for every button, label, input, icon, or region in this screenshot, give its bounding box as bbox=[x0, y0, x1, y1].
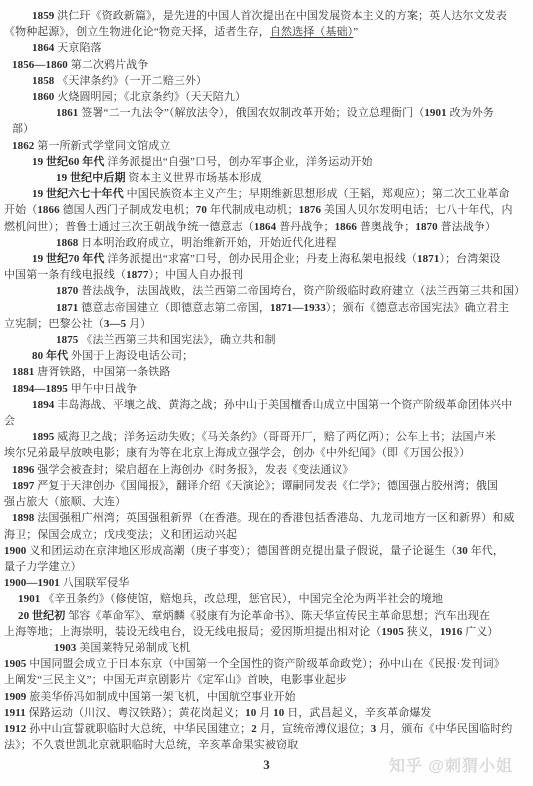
timeline-line: 1911 保路运动（川汉、粤汉铁路）；黄花岗起义；10 月 10 日，武昌起义，… bbox=[2, 705, 533, 721]
timeline-line: 1894 丰岛海战、平壤之战、黄海之战；孙中山于美国檀香山成立中国第一个资产阶级… bbox=[2, 397, 533, 413]
timeline-line: 法》；不久袁世凯北京就职临时大总统，辛亥革命果实被窃取 bbox=[2, 737, 533, 753]
timeline-line: 19 世纪中后期 资本主义世界市场基本形成 bbox=[2, 170, 533, 186]
watermark: 知乎 @刺猬小姐 bbox=[389, 753, 513, 776]
timeline-line: 1856—1860 第二次鸦片战争 bbox=[2, 57, 533, 73]
timeline-line: 1861 签署“二一九法令”（解放法令），俄国农奴制改革开始；设立总理衙门（19… bbox=[2, 105, 533, 121]
timeline-line: 1909 旅美华侨冯如制成中国第一架飞机，中国航空事业开始 bbox=[2, 689, 533, 705]
timeline-line: 1896 强学会被查封；梁启超在上海创办《时务报》，发表《变法通议》 bbox=[2, 462, 533, 478]
timeline-line: 1868 日本明治政府成立，明治维新开始，开始近代化进程 bbox=[2, 235, 533, 251]
timeline-line: 1859 洪仁玕《资政新篇》，是先进的中国人首次提出在中国发展资本主义的方案；英… bbox=[2, 8, 533, 24]
timeline-line: 19 世纪70 年代 洋务派提出“求富”口号，创办民用企业；丹麦上海私架电报线（… bbox=[2, 251, 533, 267]
timeline-line: 20 世纪初 邹容《革命军》、章炳麟《驳康有为论革命书》、陈天华宣传民主革命思想… bbox=[2, 608, 533, 624]
timeline-line: 部） bbox=[2, 121, 533, 137]
timeline-line: 80 年代 外国于上海设电话公司； bbox=[2, 348, 533, 364]
timeline-line: 19 世纪六七十年代 中国民族资本主义产生；早期维新思想形成（王韬，郑观应）；第… bbox=[2, 186, 533, 202]
timeline-line: 量子力学建立） bbox=[2, 559, 533, 575]
timeline-line: 《物种起源》，创立生物进化论“物竞天择，适者生存，自然选择（基础）” bbox=[2, 24, 533, 40]
document-page: 1859 洪仁玕《资政新篇》，是先进的中国人首次提出在中国发展资本主义的方案；英… bbox=[0, 0, 533, 786]
timeline-line: 上阐发“三民主义”；中国无声京剧影片《定军山》首映，电影事业起步 bbox=[2, 672, 533, 688]
timeline-line: 1897 严复于天津创办《国闻报》，翻译介绍《天演论》；谭嗣同发表《仁学》；德国… bbox=[2, 478, 533, 494]
timeline-line: 1875 《法兰西第三共和国宪法》，确立共和制 bbox=[2, 332, 533, 348]
timeline-line: 1900 义和团运动在京津地区形成高潮（庚子事变）；德国普朗克提出量子假说，量子… bbox=[2, 543, 533, 559]
timeline-line: 1860 火烧圆明园；《北京条约》（天天陪九） bbox=[2, 89, 533, 105]
timeline-line: 1901 《辛丑条约》（修使馆，赔炮兵，改总理，惩官民），中国完全沦为两半社会的… bbox=[2, 591, 533, 607]
timeline-line: 燃机问世）；普鲁士通过三次王朝战争统一德意志（1864 普丹战争；1866 普奥… bbox=[2, 219, 533, 235]
timeline-line: 1881 唐胥铁路，中国第一条铁路 bbox=[2, 364, 533, 380]
timeline-line: 1894—1895 甲午中日战争 bbox=[2, 381, 533, 397]
timeline-line: 1912 孙中山宣誓就职临时大总统，中华民国建立；2 月，宣统帝溥仪退位；3 月… bbox=[2, 721, 533, 737]
timeline-line: 1898 法国强租广州湾；英国强租新界（在香港。现在的香港包括香港岛、九龙司地方… bbox=[2, 510, 533, 526]
timeline-line: 会 bbox=[2, 413, 533, 429]
timeline-line: 19 世纪60 年代 洋务派提出“自强”口号，创办军事企业，洋务运动开始 bbox=[2, 154, 533, 170]
timeline-line: 1862 第一所新式学堂同文馆成立 bbox=[2, 138, 533, 154]
timeline-line: 1864 天京陷落 bbox=[2, 40, 533, 56]
document-body: 1859 洪仁玕《资政新篇》，是先进的中国人首次提出在中国发展资本主义的方案；英… bbox=[2, 8, 533, 753]
timeline-line: 上海等地；上海崇明，装设无线电台，设无线电报局；爱因斯坦提出相对论（1905 狭… bbox=[2, 624, 533, 640]
timeline-line: 开始（1866 德国人西门子制成发电机；70 年代制成电动机；1876 美国人贝… bbox=[2, 202, 533, 218]
timeline-line: 中国第一条有线电报线（1877）；中国人自办报刊 bbox=[2, 267, 533, 283]
timeline-line: 1858 《天津条约》（一开二赔三外） bbox=[2, 73, 533, 89]
timeline-line: 1870 普法战争，法国战败，法兰西第二帝国垮台，资产阶级临时政府建立（法兰西第… bbox=[2, 283, 533, 299]
timeline-line: 立宪制；巴黎公社（3—5 月） bbox=[2, 316, 533, 332]
timeline-line: 1903 美国莱特兄弟制成飞机 bbox=[2, 640, 533, 656]
timeline-line: 1900—1901 八国联军侵华 bbox=[2, 575, 533, 591]
timeline-line: 1905 中国同盟会成立于日本东京（中国第一个全国性的资产阶级革命政党）；孙中山… bbox=[2, 656, 533, 672]
timeline-line: 埃尔兄弟最早放映电影；康有为等在北京上海成立强学会，创办《中外纪闻》（即《万国公… bbox=[2, 445, 533, 461]
timeline-line: 1871 德意志帝国建立（即德意志第二帝国，1871—1933）；颁布《德意志帝… bbox=[2, 300, 533, 316]
timeline-line: 强占旅大（旅顺、大连） bbox=[2, 494, 533, 510]
timeline-line: 海卫；保国会成立；戊戌变法；义和团运动兴起 bbox=[2, 527, 533, 543]
timeline-line: 1895 威海卫之战；洋务运动失败；《马关条约》（哥哥开厂，赔了两亿两）；公车上… bbox=[2, 429, 533, 445]
